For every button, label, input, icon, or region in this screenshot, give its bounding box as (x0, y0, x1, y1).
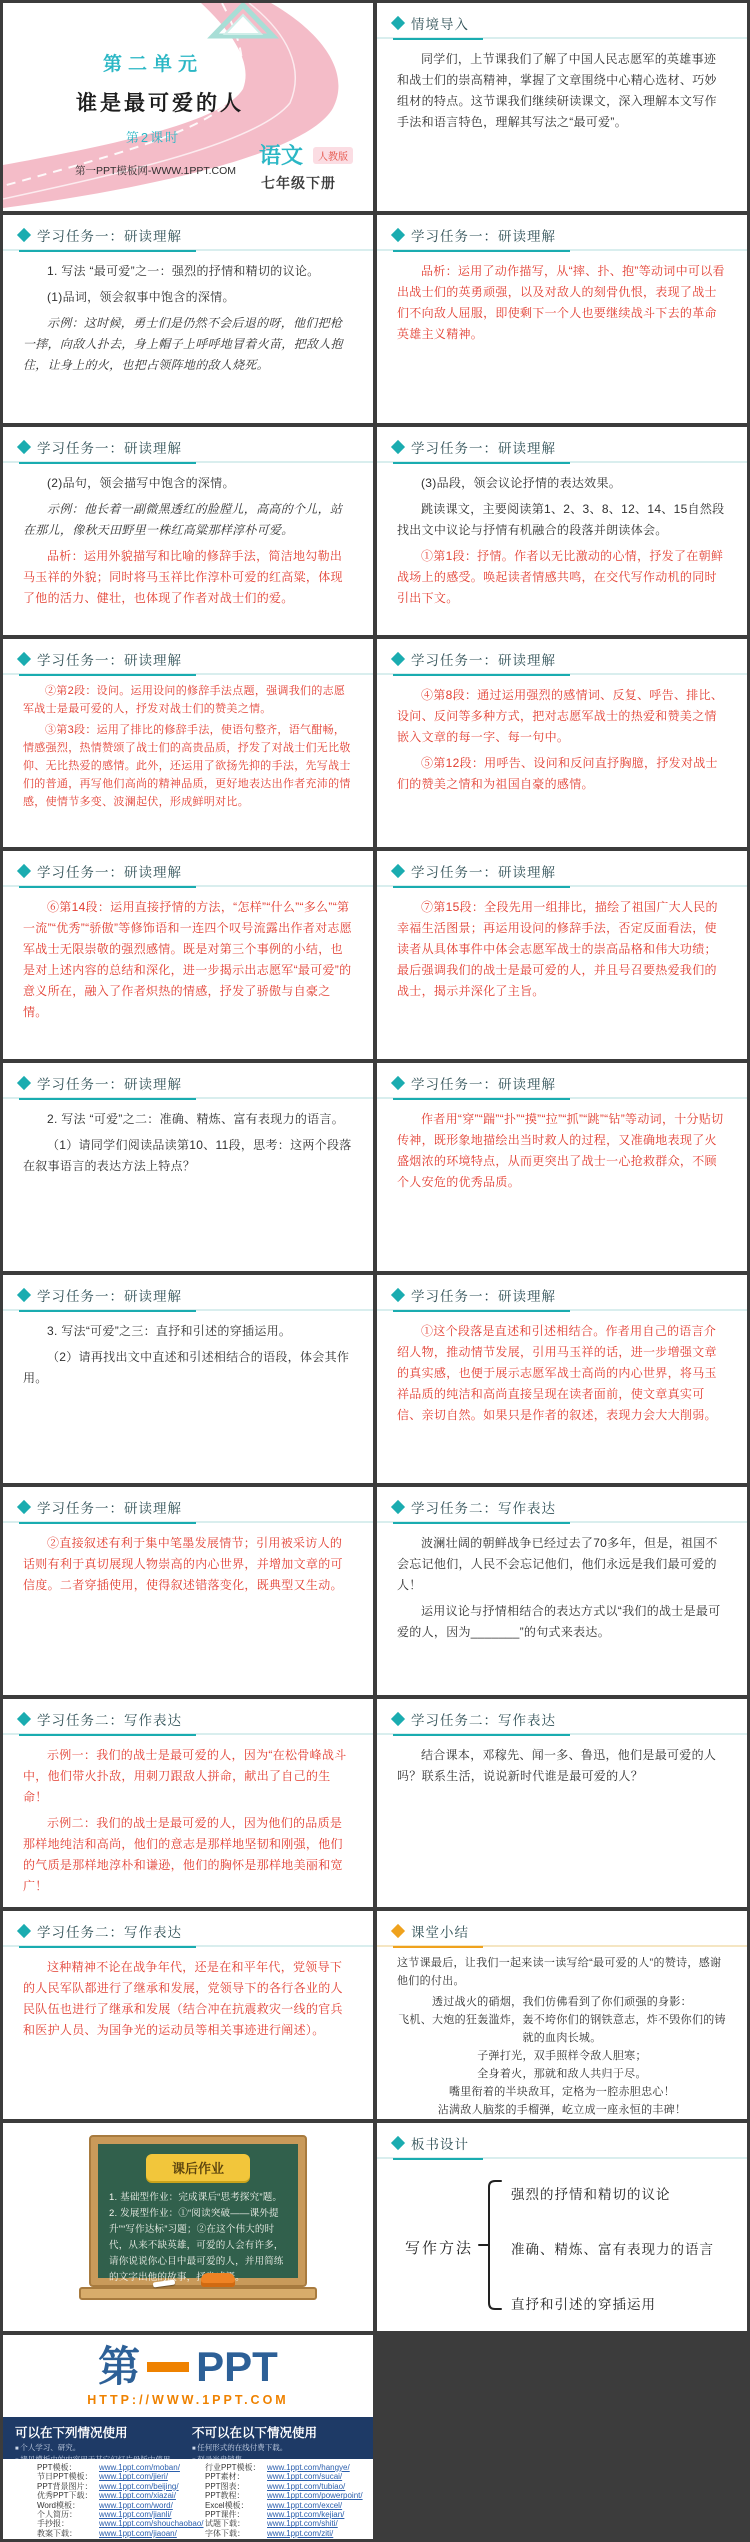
slide-body: ⑥第14段：运用直接抒情的方法，“怎样”“什么”“多么”“第一流”“优秀”“骄傲… (3, 887, 373, 1023)
paragraph: 示例一：我们的战士是最可爱的人，因为“在松骨峰战斗中，他们带火扑敌，用刺刀跟敌人… (23, 1745, 353, 1808)
content-slide: 学习任务一：研读理解①这个段落是直述和引述相结合。作者用自己的语言介绍人物，推动… (377, 1275, 747, 1483)
slide-grid: 第二单元谁是最可爱的人第2课时第一PPT模板网-WWW.1PPT.COM语文人教… (0, 0, 750, 2542)
slide-header-underline: 学习任务一：研读理解 (393, 437, 570, 464)
denied-usage-title: 不可以在以下情况使用 (192, 2423, 361, 2441)
allowed-usage-title: 可以在下列情况使用 (15, 2423, 184, 2441)
slide-header: 课堂小结 (377, 1911, 747, 1947)
slide-header-underline: 学习任务二：写作表达 (393, 1497, 570, 1524)
diamond-icon (17, 652, 31, 666)
paragraph: 示例：这时候，勇士们是仍然不会后退的呀，他们把枪一摔，向敌人扑去，身上帽子上呼呼… (23, 313, 353, 376)
paragraph: ①第1段：抒情。作者以无比激动的心情，抒发了在朝鲜战场上的感受。唤起读者情感共鸣… (397, 546, 727, 609)
paragraph: ④第8段：通过运用强烈的感情词、反复、呼告、排比、设问、反问等多种方式，把对志愿… (397, 685, 727, 748)
footer-link-row: 行业PPT模板：www.1ppt.com/hangye/ (205, 2463, 373, 2472)
logo-dash-icon (147, 2362, 189, 2372)
empty-cell (377, 2335, 747, 2539)
content-slide: 学习任务一：研读理解②第2段：设问。运用设问的修辞手法点题，强调我们的志愿军战士… (3, 639, 373, 847)
footer-link-label: 手抄报： (37, 2519, 99, 2528)
footer-link-label: 节日PPT模板： (37, 2472, 99, 2481)
content-slide: 学习任务二：写作表达这种精神不论在战争年代，还是在和平年代，党领导下的人民军队都… (3, 1911, 373, 2119)
footer-link-row: PPT背景图片：www.1ppt.com/beijing/ (37, 2482, 205, 2491)
homework-line: 1. 基础型作业：完成课后“思考探究”题。 (109, 2190, 289, 2206)
footer-link-label: Excel模板： (205, 2501, 267, 2510)
slide-body: ④第8段：通过运用强烈的感情词、反复、呼告、排比、设问、反问等多种方式，把对志愿… (377, 675, 747, 795)
site-footer-block: 第PPTHTTP://WWW.1PPT.COM可以在下列情况使用个人学习、研究。… (3, 2335, 373, 2539)
content-slide: 学习任务一：研读理解(2)品句，领会描写中饱含的深情。示例：他长着一副微黑透红的… (3, 427, 373, 635)
footer-link-url[interactable]: www.1ppt.com/word/ (99, 2501, 173, 2510)
slide-header-underline: 学习任务一：研读理解 (393, 1073, 570, 1100)
footer-link-url[interactable]: www.1ppt.com/shiti/ (267, 2519, 338, 2528)
footer-link-row: 手抄报：www.1ppt.com/shouchaobao/ (37, 2519, 205, 2528)
diamond-icon (391, 864, 405, 878)
method-items: 强烈的抒情和精切的议论准确、精炼、富有表现力的语言直抒和引述的穿插运用 (511, 2183, 714, 2313)
paragraph: 这种精神不论在战争年代，还是在和平年代，党领导下的人民军队都进行了继承和发展，党… (23, 1957, 353, 2041)
subject-label: 语文 (259, 139, 303, 170)
paragraph: (3)品段，领会议论抒情的表达效果。 (397, 473, 727, 494)
slide-header-underline: 学习任务二：写作表达 (19, 1921, 196, 1948)
footer-link-label: 教案下载： (37, 2529, 99, 2538)
slide-header: 学习任务一：研读理解 (377, 215, 747, 251)
slide-body: 这节课最后，让我们一起来读一读写给“最可爱的人”的赞诗，感谢他们的付出。透过战火… (377, 1947, 747, 2119)
paragraph: （2）请再找出文中直述和引述相结合的语段，体会其作用。 (23, 1347, 353, 1389)
diamond-icon (17, 228, 31, 242)
slide-body: ②第2段：设问。运用设问的修辞手法点题，强调我们的志愿军战士是最可爱的人，抒发对… (3, 675, 373, 811)
homework-blackboard-slide: 课后作业1. 基础型作业：完成课后“思考探究”题。2. 发展型作业：①“阅读突破… (3, 2123, 373, 2331)
diamond-icon (17, 1076, 31, 1090)
poem-line: 透过战火的硝烟，我们仿佛看到了你们顽强的身影： (397, 1993, 727, 2011)
footer-links: PPT模板：www.1ppt.com/moban/节日PPT模板：www.1pp… (3, 2459, 373, 2539)
homework-badge: 课后作业 (146, 2154, 250, 2181)
content-slide: 课堂小结这节课最后，让我们一起来读一读写给“最可爱的人”的赞诗，感谢他们的付出。… (377, 1911, 747, 2119)
watermark-text: 第一PPT模板网-WWW.1PPT.COM (58, 163, 253, 178)
slide-body: 波澜壮阔的朝鲜战争已经过去了70多年，但是，祖国不会忘记他们，人民不会忘记他们，… (377, 1523, 747, 1643)
paragraph: ⑤第12段：用呼告、设问和反问直抒胸臆，抒发对战士们的赞美之情和为祖国自豪的感情… (397, 753, 727, 795)
session-label: 第2课时 (33, 127, 273, 146)
footer-link-label: 试题下载： (205, 2519, 267, 2528)
slide-body: 2. 写法 “可爱”之二：准确、精炼、富有表现力的语言。（1）请同学们阅读品读第… (3, 1099, 373, 1177)
slide-header-title: 学习任务一：研读理解 (37, 649, 182, 669)
footer-link-url[interactable]: www.1ppt.com/beijing/ (99, 2482, 179, 2491)
content-slide: 学习任务一：研读理解3. 写法“可爱”之三：直抒和引述的穿插运用。（2）请再找出… (3, 1275, 373, 1483)
slide-header: 学习任务一：研读理解 (3, 1487, 373, 1523)
diamond-icon (391, 1924, 405, 1938)
paragraph: 结合课本，邓稼先、闻一多、鲁迅，他们是最可爱的人吗？联系生活，说说新时代谁是最可… (397, 1745, 727, 1787)
footer-links-left: PPT模板：www.1ppt.com/moban/节日PPT模板：www.1pp… (37, 2463, 205, 2539)
allowed-usage-item: 个人学习、研究。 (15, 2443, 184, 2455)
slide-header-underline: 学习任务一：研读理解 (393, 1285, 570, 1312)
diamond-icon (391, 1076, 405, 1090)
footer-link-url[interactable]: www.1ppt.com/powerpoint/ (267, 2491, 363, 2500)
slide-header: 学习任务一：研读理解 (3, 215, 373, 251)
paragraph: 品析：运用了动作描写，从“摔、扑、抱”等动词中可以看出战士们的英勇顽强，以及对敌… (397, 261, 727, 345)
slide-header-underline: 学习任务一：研读理解 (19, 225, 196, 252)
footer-link-row: 优秀PPT下载：www.1ppt.com/xiazai/ (37, 2491, 205, 2500)
footer-link-row: PPT模板：www.1ppt.com/moban/ (37, 2463, 205, 2472)
content-slide: 学习任务一：研读理解作者用“穿”“踹”“扑”“摸”“拉”“抓”“跳”“钻”等动词… (377, 1063, 747, 1271)
paragraph: (2)品句，领会描写中饱含的深情。 (23, 473, 353, 494)
paragraph: 运用议论与抒情相结合的表达方式以“我们的战士是最可爱的人，因为_______”的… (397, 1601, 727, 1643)
diamond-icon (391, 2136, 405, 2150)
slide-header-title: 学习任务一：研读理解 (411, 225, 556, 245)
homework-line: 2. 发展型作业：①“阅读突破——课外提升”“写作达标”习题；②在这个伟大的时代… (109, 2206, 289, 2286)
method-item: 强烈的抒情和精切的议论 (511, 2183, 714, 2203)
content-slide: 学习任务二：写作表达波澜壮阔的朝鲜战争已经过去了70多年，但是，祖国不会忘记他们… (377, 1487, 747, 1695)
footer-link-url[interactable]: www.1ppt.com/excel/ (267, 2501, 342, 2510)
footer-links-right: 行业PPT模板：www.1ppt.com/hangye/PPT素材：www.1p… (205, 2463, 373, 2539)
lesson-title: 谁是最可爱的人 (15, 87, 305, 117)
slide-header-underline: 学习任务一：研读理解 (19, 1497, 196, 1524)
slide-header-title: 学习任务一：研读理解 (411, 1073, 556, 1093)
slide-header-underline: 学习任务一：研读理解 (19, 1285, 196, 1312)
diamond-icon (391, 1712, 405, 1726)
eraser (201, 2273, 235, 2287)
slide-header-underline: 学习任务二：写作表达 (19, 1709, 196, 1736)
site-url: HTTP://WWW.1PPT.COM (87, 2393, 288, 2407)
slide-header-underline: 板书设计 (393, 2133, 483, 2160)
footer-link-row: 字体下载：www.1ppt.com/ziti/ (205, 2529, 373, 2538)
diamond-icon (17, 1288, 31, 1302)
diamond-icon (391, 440, 405, 454)
paragraph: 同学们，上节课我们了解了中国人民志愿军的英雄事迹和战士们的崇高精神，掌握了文章围… (397, 49, 727, 133)
slide-body: 品析：运用了动作描写，从“摔、扑、抱”等动词中可以看出战士们的英勇顽强，以及对敌… (377, 251, 747, 345)
slide-body: ②直接叙述有利于集中笔墨发展情节；引用被采访人的话则有利于真切展现人物崇高的内心… (3, 1523, 373, 1596)
slide-header: 学习任务二：写作表达 (3, 1911, 373, 1947)
slide-body: 同学们，上节课我们了解了中国人民志愿军的英雄事迹和战士们的崇高精神，掌握了文章围… (377, 39, 747, 133)
footer-link-label: 行业PPT模板： (205, 2463, 267, 2472)
denied-usage: 不可以在以下情况使用任何形式的在线付费下载。刻录光盘销售。 (192, 2423, 361, 2453)
diamond-icon (391, 652, 405, 666)
slide-header-title: 学习任务一：研读理解 (411, 861, 556, 881)
slide-header-title: 课堂小结 (411, 1921, 469, 1941)
paragraph: 波澜壮阔的朝鲜战争已经过去了70多年，但是，祖国不会忘记他们，人民不会忘记他们，… (397, 1533, 727, 1596)
blackboard-frame: 课后作业1. 基础型作业：完成课后“思考探究”题。2. 发展型作业：①“阅读突破… (89, 2135, 307, 2287)
slide-header: 学习任务一：研读理解 (377, 427, 747, 463)
slide-body: 作者用“穿”“踹”“扑”“摸”“拉”“抓”“跳”“钻”等动词，十分贴切传神，既形… (377, 1099, 747, 1193)
diamond-icon (391, 228, 405, 242)
poem-line: 沾满敌人脑浆的手榴弹，屹立成一座永恒的丰碑！ (397, 2101, 727, 2119)
slide-header: 学习任务二：写作表达 (3, 1699, 373, 1735)
method-item: 直抒和引述的穿插运用 (511, 2293, 714, 2313)
slide-header-title: 学习任务一：研读理解 (411, 1285, 556, 1305)
content-slide: 情境导入同学们，上节课我们了解了中国人民志愿军的英雄事迹和战士们的崇高精神，掌握… (377, 3, 747, 211)
paragraph: （1）请同学们阅读品读第10、11段，思考：这两个段落在叙事语言的表达方法上特点… (23, 1135, 353, 1177)
slide-header-title: 学习任务二：写作表达 (37, 1921, 182, 1941)
content-slide: 学习任务一：研读理解1. 写法 “最可爱”之一：强烈的抒情和精切的议论。(1)品… (3, 215, 373, 423)
diamond-icon (17, 1712, 31, 1726)
slide-header-underline: 学习任务一：研读理解 (393, 225, 570, 252)
brace-graphic (477, 2175, 507, 2320)
footer-link-url[interactable]: www.1ppt.com/jiaoan/ (99, 2529, 177, 2538)
slide-header-title: 学习任务一：研读理解 (37, 437, 182, 457)
slide-body: 3. 写法“可爱”之三：直抒和引述的穿插运用。（2）请再找出文中直述和引述相结合… (3, 1311, 373, 1389)
footer-link-url[interactable]: www.1ppt.com/shouchaobao/ (99, 2519, 204, 2528)
grade-label: 七年级下册 (261, 173, 336, 193)
paragraph: 3. 写法“可爱”之三：直抒和引述的穿插运用。 (23, 1321, 353, 1342)
slide-header: 学习任务一：研读理解 (3, 1063, 373, 1099)
slide-header-underline: 学习任务二：写作表达 (393, 1709, 570, 1736)
blackboard: 课后作业1. 基础型作业：完成课后“思考探究”题。2. 发展型作业：①“阅读突破… (98, 2144, 298, 2278)
slide-header-underline: 学习任务一：研读理解 (19, 649, 196, 676)
site-logo: 第PPTHTTP://WWW.1PPT.COM (3, 2335, 373, 2417)
footer-link-row: Word模板：www.1ppt.com/word/ (37, 2501, 205, 2510)
slide-header: 学习任务一：研读理解 (3, 427, 373, 463)
footer-link-url[interactable]: www.1ppt.com/ziti/ (267, 2529, 333, 2538)
footer-link-label: Word模板： (37, 2501, 99, 2510)
footer-link-url[interactable]: www.1ppt.com/hangye/ (267, 2463, 350, 2472)
slide-header-underline: 学习任务一：研读理解 (19, 861, 196, 888)
footer-link-url[interactable]: www.1ppt.com/jieri/ (99, 2472, 168, 2481)
paragraph: ③第3段：运用了排比的修辞手法，使语句整齐，语气酣畅，情感强烈，热情赞颂了战士们… (23, 721, 353, 811)
slide-header-title: 学习任务一：研读理解 (37, 1497, 182, 1517)
slide-header-title: 学习任务一：研读理解 (411, 437, 556, 457)
logo-first-char: 第 (98, 2346, 140, 2388)
slide-header: 学习任务二：写作表达 (377, 1699, 747, 1735)
footer-link-url[interactable]: www.1ppt.com/sucai/ (267, 2472, 342, 2481)
slide-header-title: 学习任务一：研读理解 (411, 649, 556, 669)
poem-line: 嘴里衔着的半块敌耳，定格为一腔赤胆忠心！ (397, 2083, 727, 2101)
footer-link-row: 教案下载：www.1ppt.com/jiaoan/ (37, 2529, 205, 2538)
logo-ppt-text: PPT (196, 2346, 278, 2388)
slide-header-title: 学习任务一：研读理解 (37, 225, 182, 245)
footer-link-label: PPT背景图片： (37, 2482, 99, 2491)
slide-body: ①这个段落是直述和引述相结合。作者用自己的语言介绍人物，推动情节发展，引用马玉祥… (377, 1311, 747, 1426)
content-slide: 学习任务二：写作表达结合课本，邓稼先、闻一多、鲁迅，他们是最可爱的人吗？联系生活… (377, 1699, 747, 1907)
method-item: 准确、精炼、富有表现力的语言 (511, 2238, 714, 2258)
board-design-slide: 板书设计写作方法 强烈的抒情和精切的议论准确、精炼、富有表现力的语言直抒和引述的… (377, 2123, 747, 2331)
slide-body: 这种精神不论在战争年代，还是在和平年代，党领导下的人民军队都进行了继承和发展，党… (3, 1947, 373, 2041)
diamond-icon (17, 864, 31, 878)
content-slide: 学习任务一：研读理解②直接叙述有利于集中笔墨发展情节；引用被采访人的话则有利于真… (3, 1487, 373, 1695)
slide-header-title: 学习任务二：写作表达 (411, 1709, 556, 1729)
paragraph: ⑥第14段：运用直接抒情的方法，“怎样”“什么”“多么”“第一流”“优秀”“骄傲… (23, 897, 353, 1023)
footer-link-row: PPT图表：www.1ppt.com/tubiao/ (205, 2482, 373, 2491)
chalk-tray (79, 2287, 317, 2300)
slide-header-title: 学习任务二：写作表达 (411, 1497, 556, 1517)
paragraph: 品析：运用外貌描写和比喻的修辞手法，简洁地勾勒出马玉祥的外貌；同时将马玉祥比作淳… (23, 546, 353, 609)
slide-header-underline: 学习任务一：研读理解 (393, 861, 570, 888)
slide-body: 示例一：我们的战士是最可爱的人，因为“在松骨峰战斗中，他们带火扑敌，用刺刀跟敌人… (3, 1735, 373, 1897)
footer-link-row: 试题下载：www.1ppt.com/shiti/ (205, 2519, 373, 2528)
usage-terms-bar: 可以在下列情况使用个人学习、研究。拷贝模板中的内容用于其它幻灯片母版中使用。不可… (3, 2417, 373, 2459)
method-label: 写作方法 (405, 2237, 473, 2258)
slide-header-title: 学习任务一：研读理解 (37, 861, 182, 881)
footer-link-label: 优秀PPT下载： (37, 2491, 99, 2500)
slide-header: 学习任务一：研读理解 (377, 1275, 747, 1311)
slide-header: 学习任务一：研读理解 (377, 639, 747, 675)
slide-header: 学习任务一：研读理解 (3, 1275, 373, 1311)
content-slide: 学习任务一：研读理解⑦第15段：全段先用一组排比，描绘了祖国广大人民的幸福生活图… (377, 851, 747, 1059)
unit-label: 第二单元 (33, 49, 273, 76)
paragraph: 示例：他长着一副微黑透红的脸膛儿，高高的个儿，站在那儿，像秋天田野里一株红高粱那… (23, 499, 353, 541)
allowed-usage: 可以在下列情况使用个人学习、研究。拷贝模板中的内容用于其它幻灯片母版中使用。 (15, 2423, 184, 2453)
diamond-icon (17, 1500, 31, 1514)
content-slide: 学习任务一：研读理解⑥第14段：运用直接抒情的方法，“怎样”“什么”“多么”“第… (3, 851, 373, 1059)
paragraph: ②直接叙述有利于集中笔墨发展情节；引用被采访人的话则有利于真切展现人物崇高的内心… (23, 1533, 353, 1596)
diamond-icon (17, 1924, 31, 1938)
slide-header-title: 情境导入 (411, 13, 469, 33)
paragraph: ②第2段：设问。运用设问的修辞手法点题，强调我们的志愿军战士是最可爱的人，抒发对… (23, 682, 353, 718)
footer-link-row: PPT教程：www.1ppt.com/powerpoint/ (205, 2491, 373, 2500)
paragraph: (1)品词，领会叙事中饱含的深情。 (23, 287, 353, 308)
slide-body: (3)品段，领会议论抒情的表达效果。跳读课文，主要阅读第1、2、3、8、12、1… (377, 463, 747, 609)
logo-text: 第PPT (98, 2346, 278, 2388)
homework-text: 1. 基础型作业：完成课后“思考探究”题。2. 发展型作业：①“阅读突破——课外… (109, 2190, 289, 2286)
content-slide: 学习任务一：研读理解(3)品段，领会议论抒情的表达效果。跳读课文，主要阅读第1、… (377, 427, 747, 635)
slide-header-underline: 学习任务一：研读理解 (19, 1073, 196, 1100)
slide-header-title: 学习任务一：研读理解 (37, 1285, 182, 1305)
slide-header-underline: 学习任务一：研读理解 (19, 437, 196, 464)
footer-link-label: PPT教程： (205, 2491, 267, 2500)
slide-header: 学习任务二：写作表达 (377, 1487, 747, 1523)
slide-header: 学习任务一：研读理解 (3, 851, 373, 887)
poem-line: 飞机、大炮的狂轰滥炸，轰不垮你们的钢铁意志，炸不毁你们的铸就的血肉长城。 (397, 2011, 727, 2047)
paragraph: 1. 写法 “最可爱”之一：强烈的抒情和精切的议论。 (23, 261, 353, 282)
slide-header: 情境导入 (377, 3, 747, 39)
slide-header: 学习任务一：研读理解 (3, 639, 373, 675)
footer-link-url[interactable]: www.1ppt.com/xiazai/ (99, 2491, 176, 2500)
slide-header-title: 学习任务一：研读理解 (37, 1073, 182, 1093)
footer-link-label: PPT模板： (37, 2463, 99, 2472)
denied-usage-item: 任何形式的在线付费下载。 (192, 2443, 361, 2455)
slide-body: 1. 写法 “最可爱”之一：强烈的抒情和精切的议论。(1)品词，领会叙事中饱含的… (3, 251, 373, 376)
footer-link-label: 字体下载： (205, 2529, 267, 2538)
footer-link-url[interactable]: www.1ppt.com/kejian/ (267, 2510, 344, 2519)
footer-link-row: PPT素材：www.1ppt.com/sucai/ (205, 2472, 373, 2481)
slide-body: 结合课本，邓稼先、闻一多、鲁迅，他们是最可爱的人吗？联系生活，说说新时代谁是最可… (377, 1735, 747, 1787)
paragraph: ①这个段落是直述和引述相结合。作者用自己的语言介绍人物，推动情节发展，引用马玉祥… (397, 1321, 727, 1426)
slide-body: (2)品句，领会描写中饱含的深情。示例：他长着一副微黑透红的脸膛儿，高高的个儿，… (3, 463, 373, 609)
slide-header: 学习任务一：研读理解 (377, 851, 747, 887)
slide-header: 板书设计 (377, 2123, 747, 2159)
footer-link-url[interactable]: www.1ppt.com/jianli/ (99, 2510, 171, 2519)
ppt-preview-page: 第二单元谁是最可爱的人第2课时第一PPT模板网-WWW.1PPT.COM语文人教… (0, 0, 750, 2542)
diamond-icon (17, 440, 31, 454)
paragraph: 示例二：我们的战士是最可爱的人，因为他们的品质是那样地纯洁和高尚，他们的意志是那… (23, 1813, 353, 1897)
content-slide: 学习任务一：研读理解品析：运用了动作描写，从“摔、扑、抱”等动词中可以看出战士们… (377, 215, 747, 423)
content-slide: 学习任务一：研读理解④第8段：通过运用强烈的感情词、反复、呼告、排比、设问、反问… (377, 639, 747, 847)
content-slide: 学习任务一：研读理解2. 写法 “可爱”之二：准确、精炼、富有表现力的语言。（1… (3, 1063, 373, 1271)
slide-header-underline: 课堂小结 (393, 1921, 483, 1948)
poem-line: 全身着火，那就和敌人共归于尽。 (397, 2065, 727, 2083)
slide-header: 学习任务一：研读理解 (377, 1063, 747, 1099)
diamond-icon (391, 1500, 405, 1514)
footer-link-row: 节日PPT模板：www.1ppt.com/jieri/ (37, 2472, 205, 2481)
slide-body: ⑦第15段：全段先用一组排比，描绘了祖国广大人民的幸福生活图景；再运用设问的修辞… (377, 887, 747, 1002)
footer-link-url[interactable]: www.1ppt.com/moban/ (99, 2463, 180, 2472)
content-slide: 学习任务二：写作表达示例一：我们的战士是最可爱的人，因为“在松骨峰战斗中，他们带… (3, 1699, 373, 1907)
paragraph: 这节课最后，让我们一起来读一读写给“最可爱的人”的赞诗，感谢他们的付出。 (397, 1954, 727, 1990)
diamond-icon (391, 16, 405, 30)
paragraph: 作者用“穿”“踹”“扑”“摸”“拉”“抓”“跳”“钻”等动词，十分贴切传神，既形… (397, 1109, 727, 1193)
board-design-diagram: 写作方法 强烈的抒情和精切的议论准确、精炼、富有表现力的语言直抒和引述的穿插运用 (377, 2159, 747, 2320)
poem-line: 子弹打光，双手照样令敌人胆寒； (397, 2047, 727, 2065)
paragraph: 2. 写法 “可爱”之二：准确、精炼、富有表现力的语言。 (23, 1109, 353, 1130)
footer-link-label: PPT素材： (205, 2472, 267, 2481)
slide-header-title: 学习任务二：写作表达 (37, 1709, 182, 1729)
slide-header-underline: 情境导入 (393, 13, 483, 40)
footer-link-url[interactable]: www.1ppt.com/tubiao/ (267, 2482, 345, 2491)
title-slide: 第二单元谁是最可爱的人第2课时第一PPT模板网-WWW.1PPT.COM语文人教… (3, 3, 373, 211)
slide-header-underline: 学习任务一：研读理解 (393, 649, 570, 676)
edition-badge: 人教版 (313, 147, 353, 164)
slide-header-title: 板书设计 (411, 2133, 469, 2153)
footer-link-row: Excel模板：www.1ppt.com/excel/ (205, 2501, 373, 2510)
paragraph: ⑦第15段：全段先用一组排比，描绘了祖国广大人民的幸福生活图景；再运用设问的修辞… (397, 897, 727, 1002)
diamond-icon (391, 1288, 405, 1302)
footer-link-label: PPT图表： (205, 2482, 267, 2491)
paragraph: 跳读课文，主要阅读第1、2、3、8、12、14、15自然段找出文中议论与抒情有机… (397, 499, 727, 541)
